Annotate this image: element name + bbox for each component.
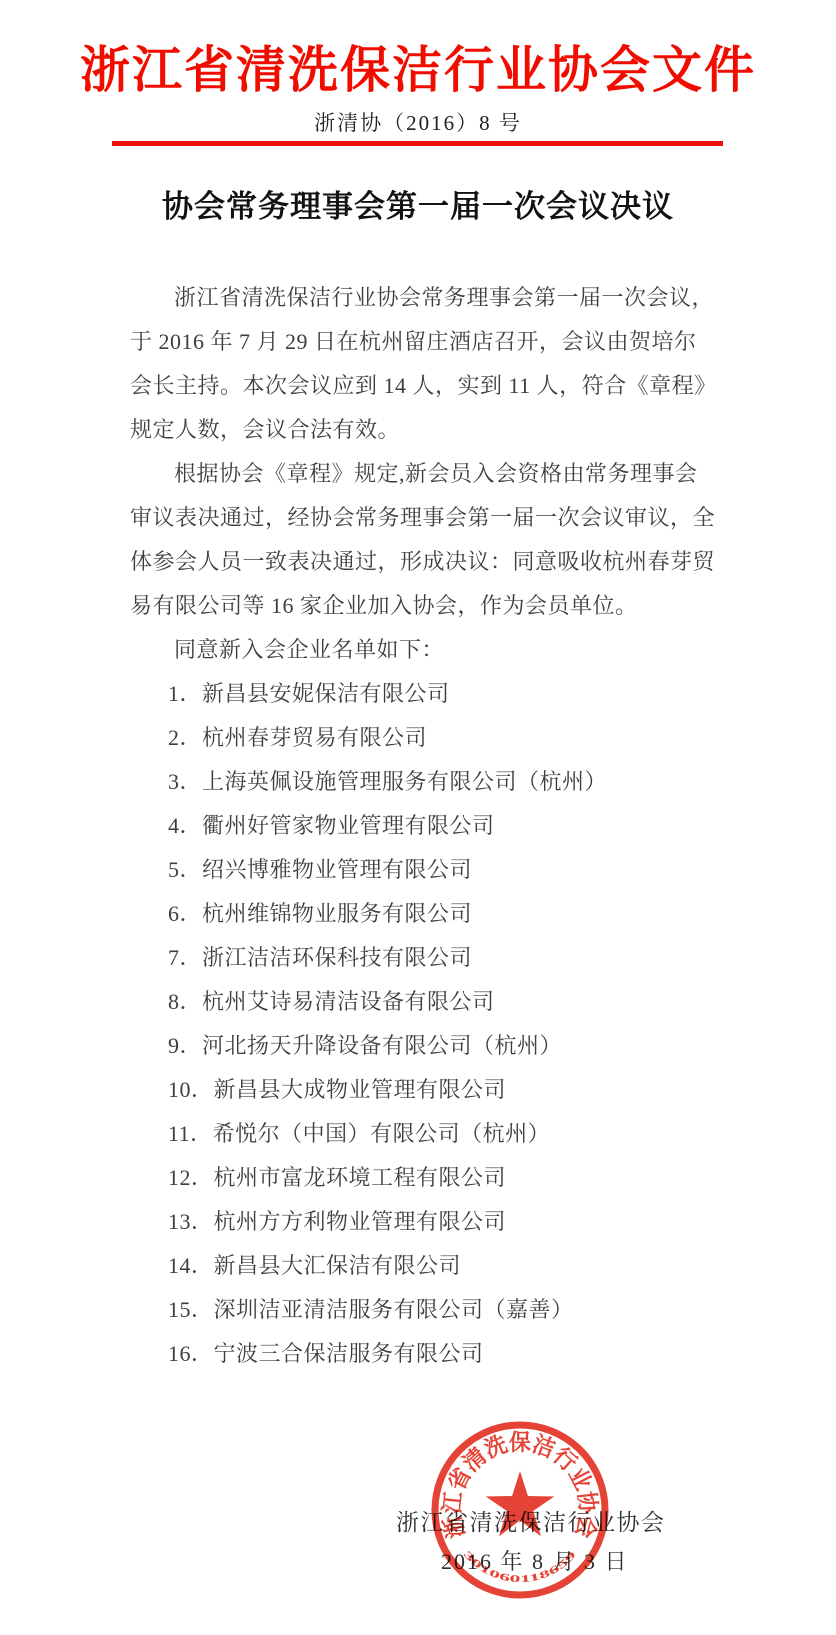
body-line: 体参会人员一致表决通过，形成决议：同意吸收杭州春芽贸 xyxy=(130,540,720,584)
company-list-item: 5．绍兴博雅物业管理有限公司 xyxy=(130,848,720,892)
company-list-item: 11．希悦尔（中国）有限公司（杭州） xyxy=(130,1112,720,1156)
company-list-item: 6．杭州维锦物业服务有限公司 xyxy=(130,892,720,936)
list-intro: 同意新入会企业名单如下： xyxy=(130,628,720,672)
company-list-item: 12．杭州市富龙环境工程有限公司 xyxy=(130,1156,720,1200)
company-list-item: 1．新昌县安妮保洁有限公司 xyxy=(130,672,720,716)
body-line: 于 2016 年 7 月 29 日在杭州留庄酒店召开，会议由贺培尔 xyxy=(130,320,720,364)
company-list-item: 4．衢州好管家物业管理有限公司 xyxy=(130,804,720,848)
document-number: 浙清协（2016）8 号 xyxy=(0,107,836,137)
company-list-item: 15．深圳洁亚清洁服务有限公司（嘉善） xyxy=(130,1288,720,1332)
company-list-item: 13．杭州方方利物业管理有限公司 xyxy=(130,1200,720,1244)
seal-star-icon xyxy=(486,1471,555,1536)
body-line: 易有限公司等 16 家企业加入协会，作为会员单位。 xyxy=(130,584,720,628)
document-title: 协会常务理事会第一届一次会议决议 xyxy=(0,181,836,226)
company-list-item: 16．宁波三合保洁服务有限公司 xyxy=(130,1332,720,1376)
document-org-title: 浙江省清洗保洁行业协会文件 xyxy=(0,30,836,102)
company-list-item: 7．浙江洁洁环保科技有限公司 xyxy=(130,936,720,980)
header-divider-line xyxy=(112,141,723,146)
body-line: 规定人数，会议合法有效。 xyxy=(130,408,720,452)
seal-number: 301060118659 xyxy=(461,1549,579,1585)
official-seal: 浙江省清洗保洁行业协会 301060118659 xyxy=(425,1415,615,1605)
company-list-item: 8．杭州艾诗易清洁设备有限公司 xyxy=(130,980,720,1024)
seal-number-wrap: 301060118659 xyxy=(461,1549,579,1585)
body-line: 会长主持。本次会议应到 14 人，实到 11 人，符合《章程》 xyxy=(130,364,720,408)
document-body: 浙江省清洗保洁行业协会常务理事会第一届一次会议， 于 2016 年 7 月 29… xyxy=(130,276,720,1376)
company-list-item: 2．杭州春芽贸易有限公司 xyxy=(130,716,720,760)
company-list-item: 9．河北扬天升降设备有限公司（杭州） xyxy=(130,1024,720,1068)
company-list-item: 10．新昌县大成物业管理有限公司 xyxy=(130,1068,720,1112)
document-page: 浙江省清洗保洁行业协会文件 浙清协（2016）8 号 协会常务理事会第一届一次会… xyxy=(0,0,836,1635)
company-list-item: 14．新昌县大汇保洁有限公司 xyxy=(130,1244,720,1288)
body-line: 审议表决通过，经协会常务理事会第一届一次会议审议，全 xyxy=(130,496,720,540)
body-line: 根据协会《章程》规定,新会员入会资格由常务理事会 xyxy=(130,452,720,496)
company-list-item: 3．上海英佩设施管理服务有限公司（杭州） xyxy=(130,760,720,804)
body-line: 浙江省清洗保洁行业协会常务理事会第一届一次会议， xyxy=(130,276,720,320)
